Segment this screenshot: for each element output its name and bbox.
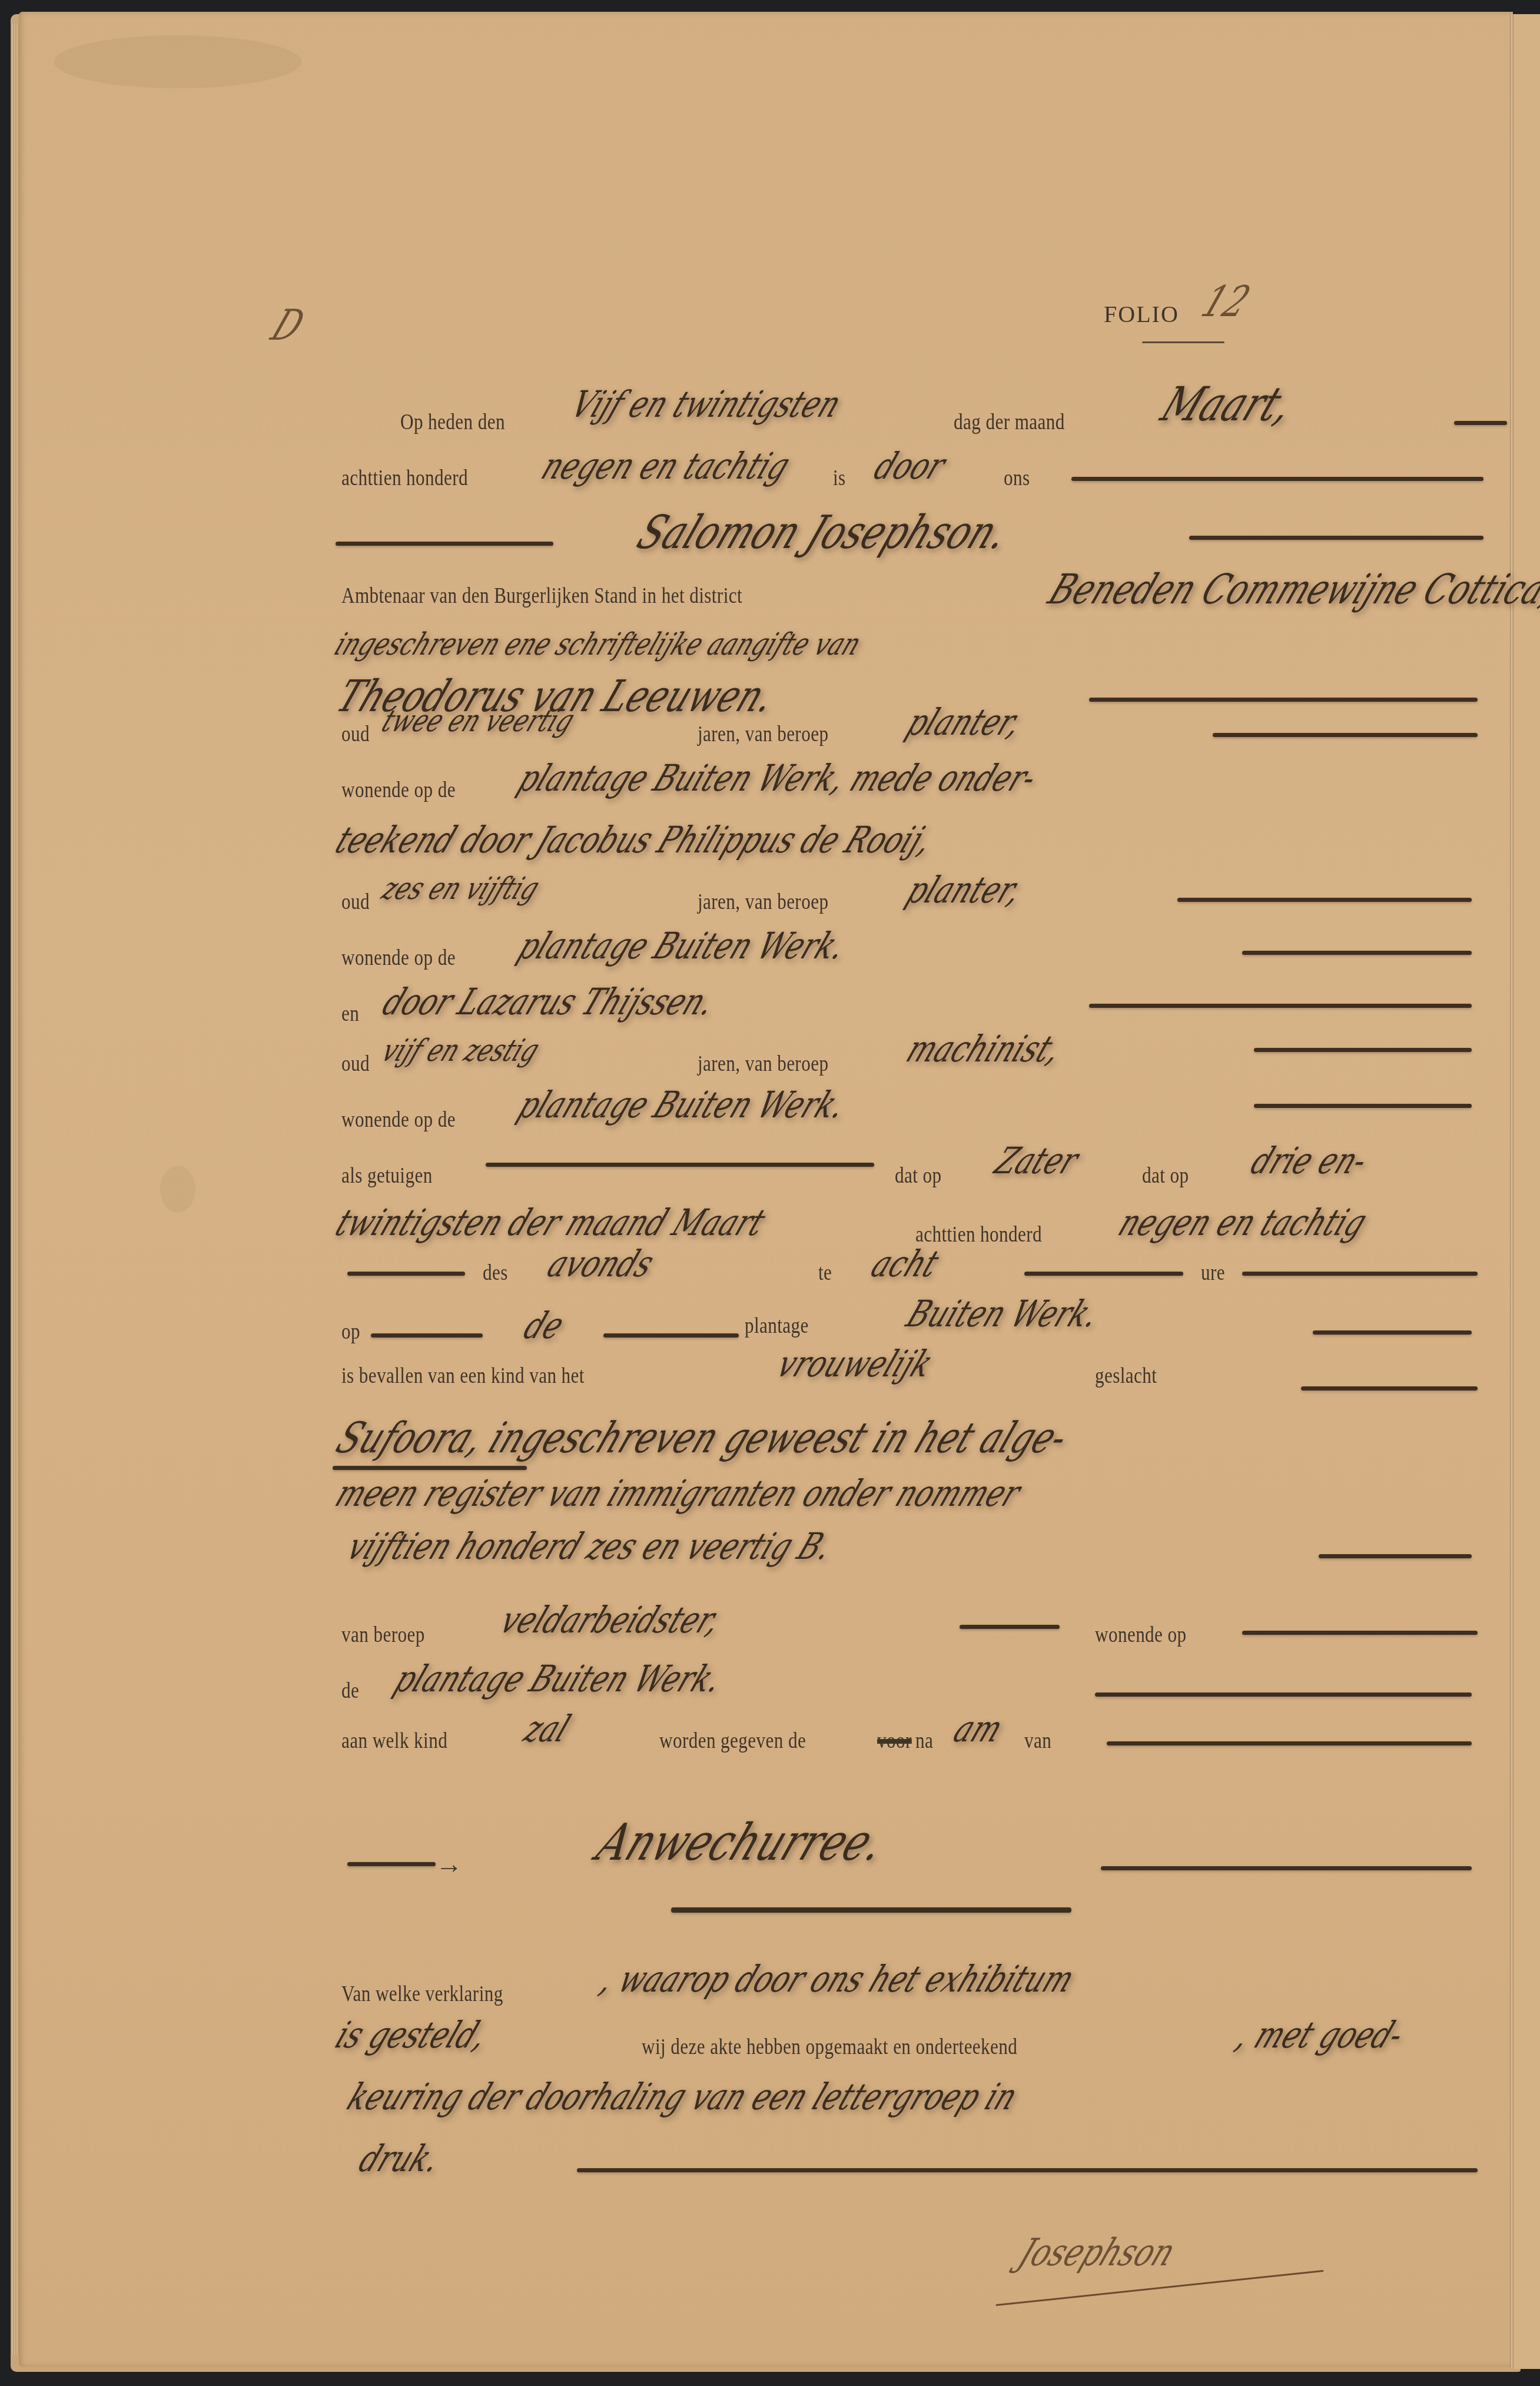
stain: [54, 35, 301, 88]
print-en: en: [341, 1001, 359, 1027]
hand-birth-year: negen en tachtig: [1113, 1201, 1373, 1244]
print-de: de: [341, 1678, 359, 1704]
print-achttien-honderd: achttien honderd: [341, 465, 468, 491]
print-dat-op: dat op: [895, 1163, 941, 1189]
hand-line-5: ingeschreven ene schriftelijke aangifte …: [330, 627, 866, 662]
facing-page: [1514, 14, 1540, 2369]
print-is-bevallen: is bevallen van een kind van het: [341, 1363, 585, 1389]
print-aan-welk-kind: aan welk kind: [341, 1728, 447, 1754]
hand-birth-day: drie en-: [1245, 1139, 1374, 1182]
closing-rule: [577, 2168, 1478, 2172]
print-akte-opgemaakt: wij deze akte hebben opgemaakt en ondert…: [642, 2034, 1017, 2060]
hand-residence-2: plantage Buiten Werk.: [512, 924, 852, 967]
hand-birthplace: Buiten Werk.: [901, 1292, 1106, 1335]
print-voor-struck: voor: [877, 1728, 912, 1754]
print-geslacht: geslacht: [1095, 1363, 1157, 1389]
hand-profession-1: planter,: [901, 701, 1028, 744]
fill-line: [1101, 1866, 1472, 1870]
hand-year: negen en tachtig: [536, 444, 796, 487]
hand-exhibitum: , waarop door ons het exhibitum: [595, 1957, 1081, 2000]
hand-birth-month: twintigsten der maand Maart: [330, 1201, 772, 1244]
folio-underline: [1142, 341, 1224, 343]
hand-time-of-day: avonds: [542, 1242, 661, 1285]
print-ure: ure: [1201, 1260, 1225, 1286]
arrow-icon: →: [436, 1849, 463, 1880]
fill-line: [1242, 1631, 1478, 1635]
fill-line: [1095, 1693, 1472, 1697]
hand-age-2: zes en vijftig: [377, 871, 545, 907]
official-signature: Josephson: [1013, 2231, 1181, 2275]
print-ambtenaar: Ambtenaar van den Burgerlijken Stand in …: [341, 583, 742, 609]
hand-district: Beneden Commewijne Cottica,: [1042, 565, 1540, 613]
fill-line: [1071, 477, 1483, 481]
print-jaren-van-beroep: jaren, van beroep: [698, 1051, 828, 1077]
hand-witness-1: teekend door Jacobus Philippus de Rooij,: [330, 818, 939, 861]
print-ons: ons: [1004, 465, 1030, 491]
page-edges: [11, 24, 19, 2355]
fill-line: [1177, 898, 1472, 902]
arrow-line: [347, 1862, 436, 1866]
fill-line: [347, 1272, 465, 1276]
print-jaren-van-beroep: jaren, van beroep: [698, 889, 828, 915]
print-wonende-op-de: wonende op de: [341, 777, 456, 803]
fill-line: [1254, 1104, 1472, 1108]
fill-line: [486, 1163, 874, 1167]
print-als-getuigen: als getuigen: [341, 1163, 433, 1189]
fill-line: [371, 1333, 483, 1338]
print-oud: oud: [341, 721, 370, 747]
hand-register-number: vijftien honderd zes en veertig B.: [341, 1525, 839, 1568]
separator-rule: [671, 1907, 1071, 1913]
fill-line: [1213, 733, 1478, 737]
fill-line: [1089, 698, 1478, 702]
print-van: van: [1024, 1728, 1051, 1754]
print-oud: oud: [341, 1051, 370, 1077]
fill-line: [1024, 1272, 1183, 1276]
fill-line: [1189, 536, 1483, 540]
folio-label: FOLIO: [1104, 300, 1179, 328]
fill-line: [1107, 1741, 1472, 1745]
hand-mother-name: Sufoora, ingeschreven geweest in het alg…: [330, 1413, 1075, 1462]
hand-official-name: Salomon Josephson.: [630, 506, 1016, 559]
print-oud: oud: [341, 889, 370, 915]
hand-gesteld: is gesteld,: [330, 2013, 494, 2056]
print-worden-gegeven-de: worden gegeven de: [659, 1728, 806, 1754]
hand-month: Maart,: [1154, 377, 1302, 432]
print-wonende-op-de: wonende op de: [341, 945, 456, 971]
print-jaren-van-beroep: jaren, van beroep: [698, 721, 828, 747]
hand-profession-3: machinist,: [901, 1027, 1068, 1070]
fill-line: [1319, 1554, 1472, 1558]
hand-residence-3: plantage Buiten Werk.: [512, 1083, 852, 1126]
print-is: is: [833, 465, 846, 491]
print-na: na: [915, 1728, 933, 1754]
print-dag-den: dat op: [1142, 1163, 1189, 1189]
fill-line: [603, 1333, 739, 1338]
hand-profession-2: planter,: [901, 868, 1028, 911]
fill-line: [1313, 1330, 1472, 1335]
fill-line: [1089, 1004, 1472, 1008]
print-plantage: plantage: [745, 1313, 809, 1339]
hand-day: Vijf en twintigsten: [565, 383, 848, 426]
fill-line: [1254, 1048, 1472, 1052]
underline: [333, 1466, 527, 1470]
hand-register-line: meen register van immigranten onder nomm…: [330, 1472, 1027, 1515]
hand-child-name: Anwechurree.: [589, 1813, 894, 1872]
print-des: des: [483, 1260, 508, 1286]
hand-goedkeuring: , met goed-: [1230, 2013, 1410, 2056]
fill-line: [960, 1625, 1060, 1629]
hand-sex: vrouwelijk: [771, 1342, 939, 1385]
hand-witness-2: door Lazarus Thijssen.: [377, 980, 722, 1023]
hand-mother-residence: plantage Buiten Werk.: [389, 1657, 729, 1700]
hand-mother-profession: veldarbeidster,: [494, 1598, 728, 1641]
fill-line: [1242, 1272, 1478, 1276]
fill-line: [336, 542, 553, 546]
fill-line: [1301, 1386, 1478, 1391]
hand-residence-1: plantage Buiten Werk, mede onder-: [512, 756, 1043, 799]
print-dag-der-maand: dag der maand: [954, 409, 1065, 435]
print-op: op: [341, 1319, 360, 1345]
stain: [160, 1166, 195, 1213]
fill-line: [1242, 951, 1472, 955]
print-wonende-op-de: wonende op de: [341, 1107, 456, 1133]
hand-age-3: vijf en zestig: [377, 1033, 545, 1068]
print-op-heden-den: Op heden den: [400, 409, 505, 435]
fill-line: [1454, 421, 1507, 425]
hand-doorhaling: keuring der doorhaling van een lettergro…: [341, 2075, 1024, 2118]
print-van-welke-verklaring: Van welke verklaring: [341, 1981, 503, 2007]
print-wonende-op: wonende op: [1095, 1622, 1187, 1648]
hand-age-1: twee en veertig: [377, 703, 580, 739]
print-te: te: [818, 1260, 832, 1286]
print-van-beroep: van beroep: [341, 1622, 425, 1648]
